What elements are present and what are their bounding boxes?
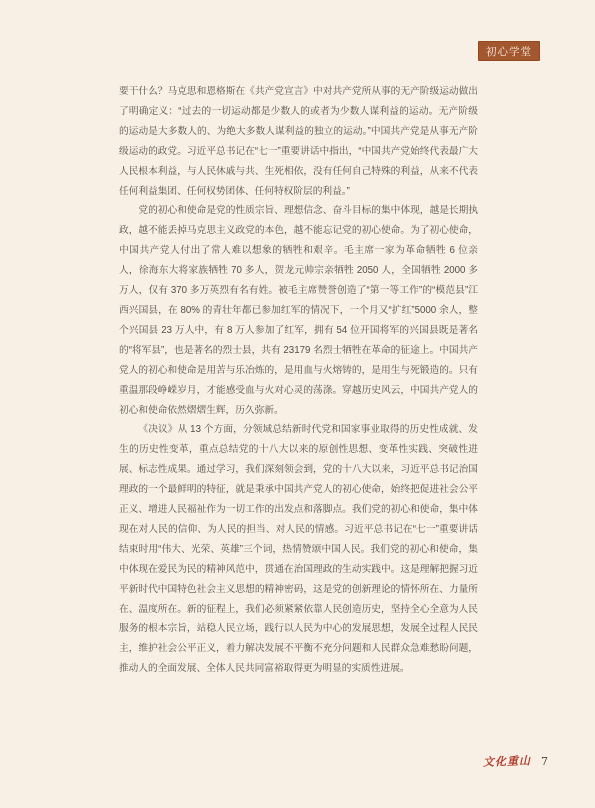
magazine-logo: 文化重山 [483,752,532,770]
page-number: 7 [541,755,548,768]
magazine-page: 初心学堂 要干什么？马克思和恩格斯在《共产党宣言》中对共产党所从事的无产阶级运动… [0,0,595,808]
article-body: 要干什么？马克思和恩格斯在《共产党宣言》中对共产党所从事的无产阶级运动做出了明确… [119,82,478,679]
page-footer: 文化重山 7 [483,753,548,769]
section-badge: 初心学堂 [478,41,540,61]
paragraph-2: 党的初心和使命是党的性质宗旨、理想信念、奋斗目标的集中体现，越是长期执政，越不能… [119,201,478,420]
paragraph-1: 要干什么？马克思和恩格斯在《共产党宣言》中对共产党所从事的无产阶级运动做出了明确… [119,82,478,201]
paragraph-3: 《决议》从 13 个方面，分领域总结新时代党和国家事业取得的历史性成就、发生的历… [119,420,478,679]
